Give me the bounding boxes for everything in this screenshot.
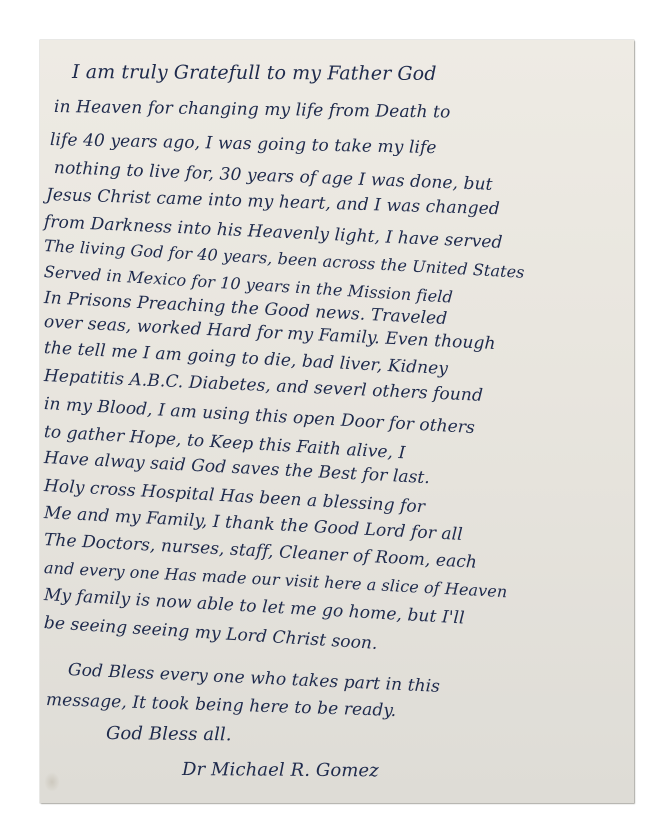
letter-line: I am truly Gratefull to my Father God: [72, 62, 437, 84]
letter-line: in Heaven for changing my life from Deat…: [54, 97, 451, 123]
letter-line: God Bless every one who takes part in th…: [68, 660, 441, 697]
letter-paper: I am truly Gratefull to my Father God in…: [40, 40, 634, 803]
letter-line: life 40 years ago, I was going to take m…: [50, 130, 437, 158]
fingerprint-smudge: [44, 772, 60, 792]
letter-line: message, It took being here to be ready.: [46, 690, 397, 721]
handwritten-letter: I am truly Gratefull to my Father God in…: [40, 40, 634, 803]
letter-line: God Bless all.: [106, 724, 232, 745]
signature: Dr Michael R. Gomez: [182, 760, 379, 781]
